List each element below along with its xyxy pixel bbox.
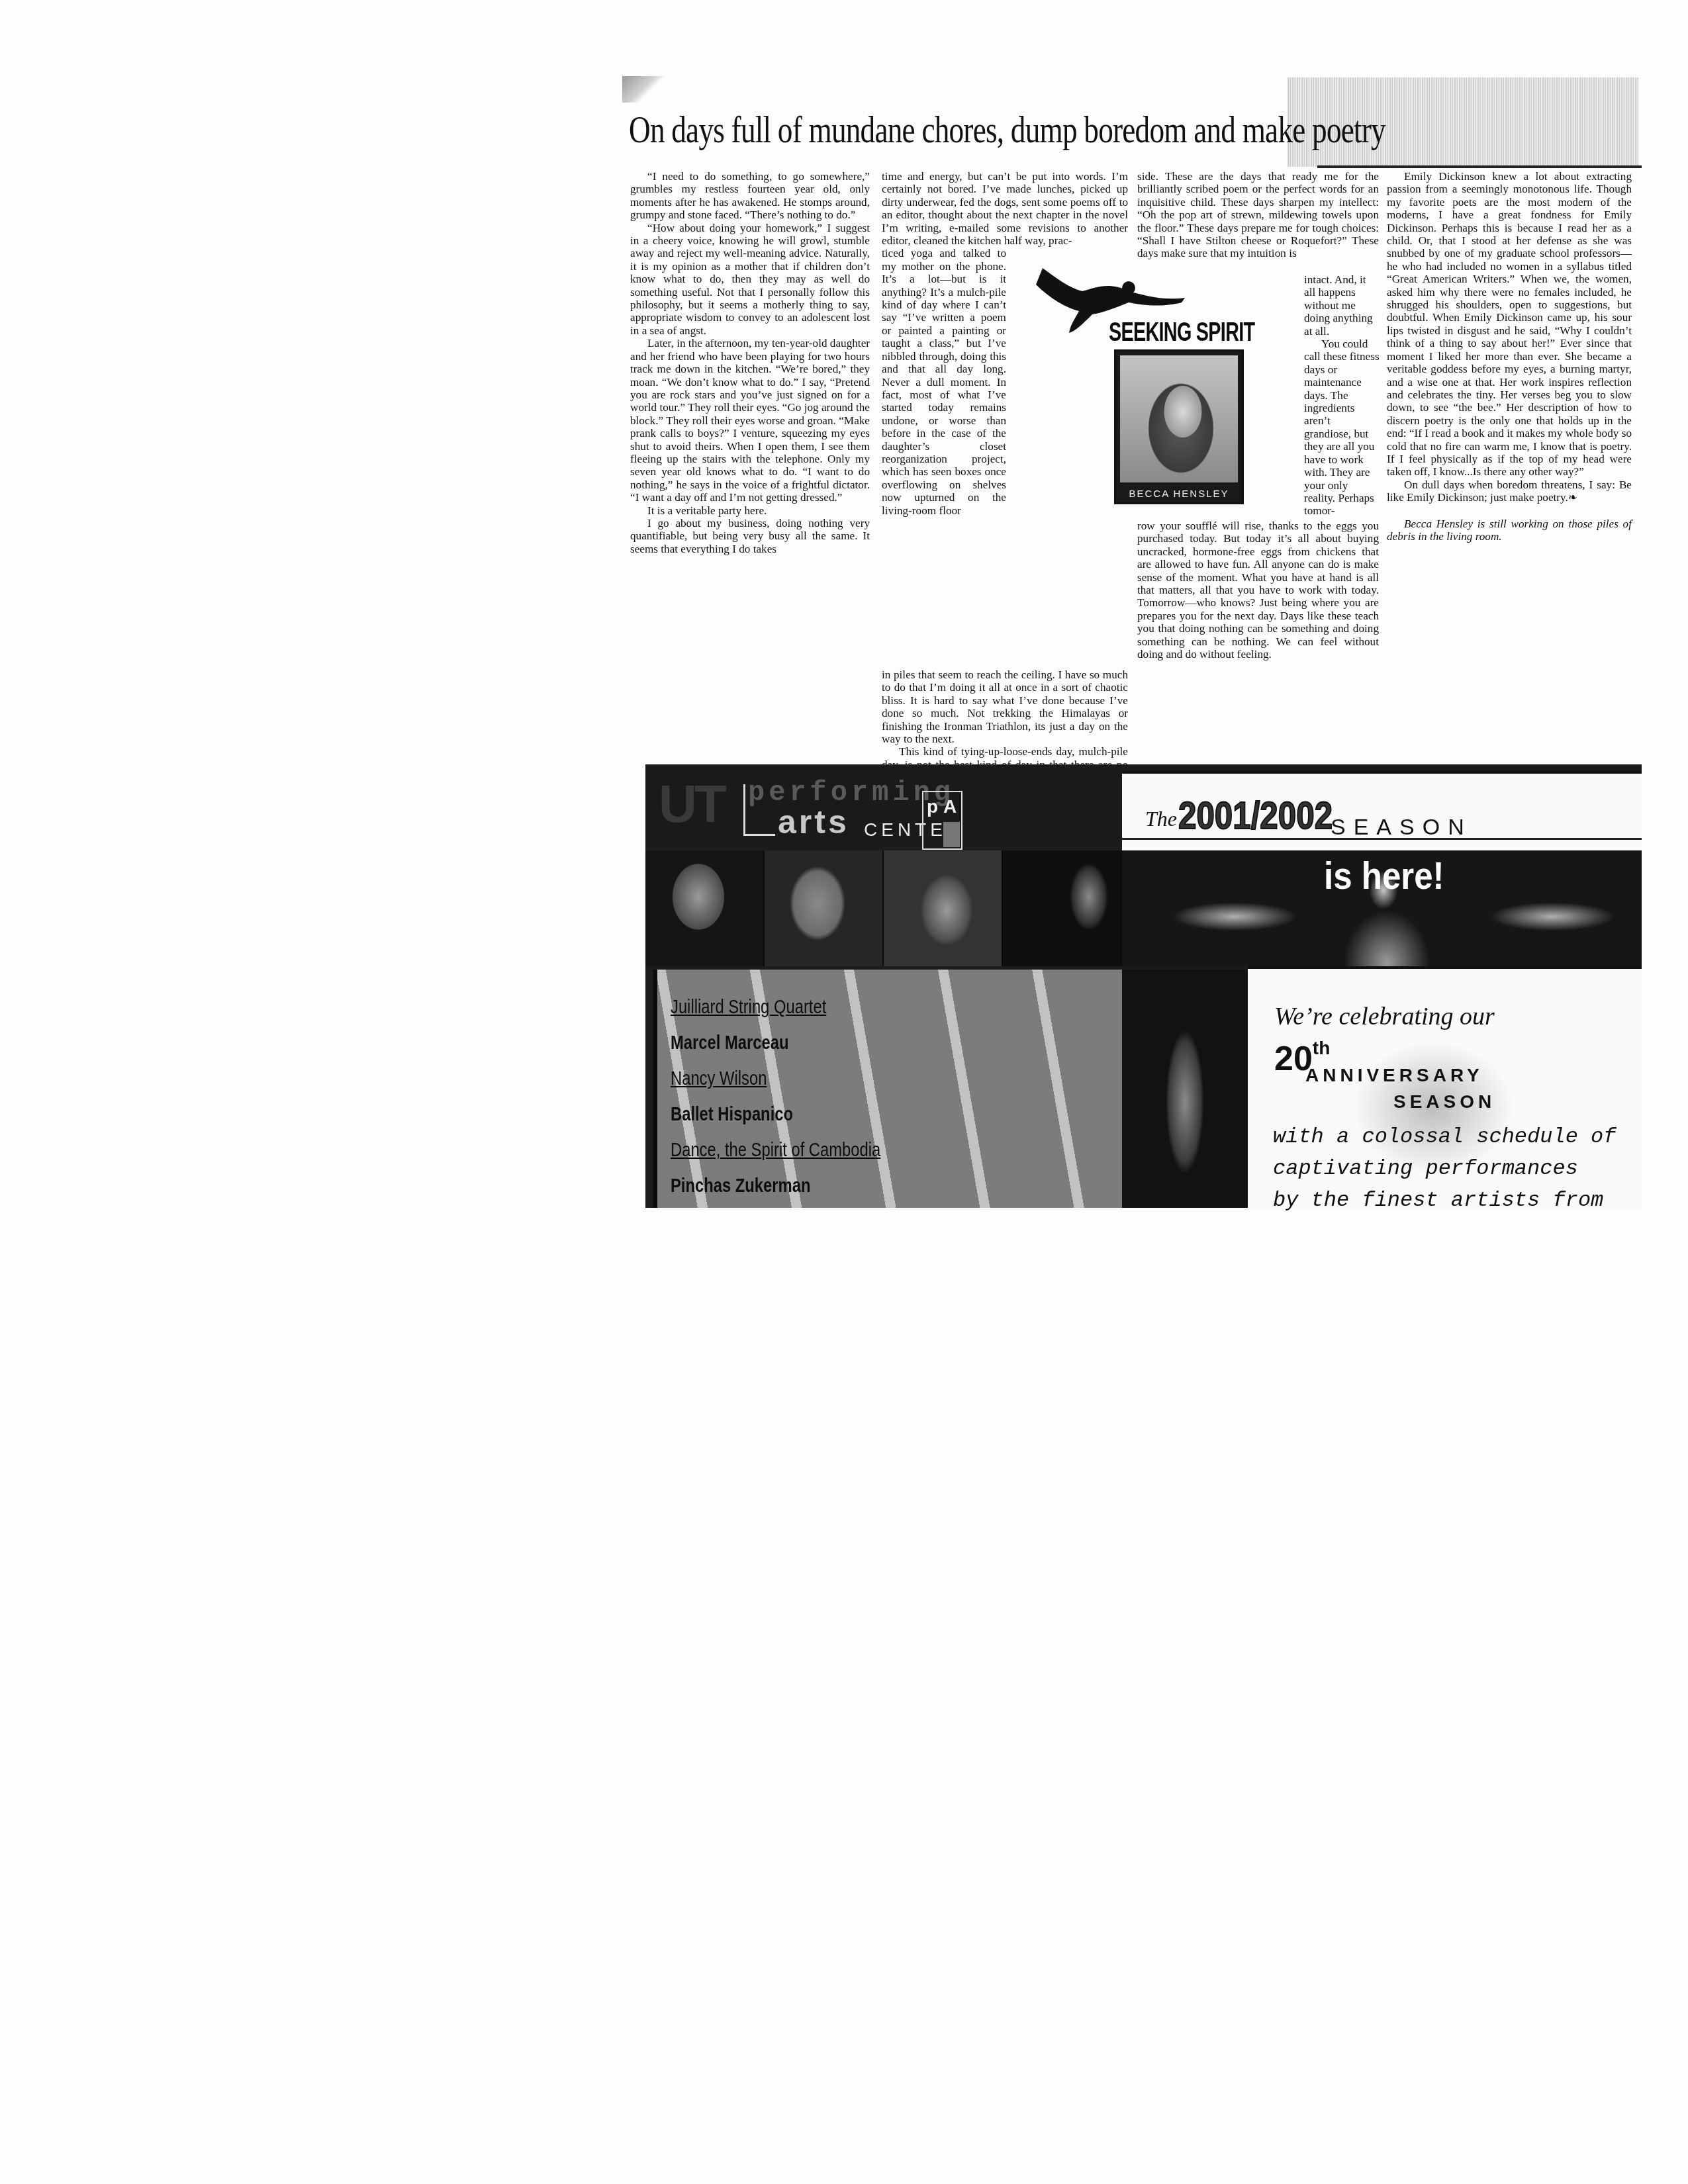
paragraph-wrapped: ticed yoga and talked to my mother on th…: [882, 247, 1006, 517]
paragraph: “How about doing your homework,” I sugge…: [630, 222, 870, 338]
lineup-item: Ballet Hispanico: [671, 1097, 1041, 1132]
pa-logo-icon: p A: [922, 791, 962, 850]
author-bio: Becca Hensley is still working on those …: [1387, 518, 1632, 543]
lineup-item: Dance, the Spirit of Cambodia: [671, 1132, 1041, 1168]
performing-arts-ad: UT performing arts CENTER p A The 2001/2…: [645, 764, 1642, 1208]
logo-mark-a: A: [943, 796, 957, 817]
season-underline: [1122, 838, 1642, 840]
anniversary-season: SEASON: [1393, 1091, 1495, 1113]
lineup-item: Pinchas Zukerman: [671, 1168, 1041, 1204]
article-headline: On days full of mundane chores, dump bor…: [629, 111, 1419, 149]
is-here-text: is here!: [1324, 854, 1444, 898]
season-the: The: [1145, 807, 1177, 831]
season-banner: The 2001/2002 SEASON: [1122, 771, 1642, 854]
performer-photo: [884, 850, 1003, 966]
lineup-item: Marcel Marceau: [671, 1025, 1041, 1061]
column-title: SEEKING SPIRIT: [1109, 318, 1254, 347]
anniversary-word: ANNIVERSARY: [1305, 1065, 1483, 1086]
lineup-item: Nancy Wilson: [671, 1061, 1041, 1097]
author-photo: BECCA HENSLEY: [1114, 349, 1244, 504]
paragraph: On dull days when boredom threatens, I s…: [1387, 478, 1632, 504]
logo-ut: UT: [659, 778, 724, 831]
paragraph: row your soufflé will rise, thanks to th…: [1137, 520, 1379, 660]
celebrating-text: We’re celebrating our: [1274, 1002, 1495, 1031]
paragraph: Emily Dickinson knew a lot about extract…: [1387, 170, 1632, 478]
performer-photo: [765, 850, 884, 966]
performer-lineup: Juilliard String Quartet Marcel Marceau …: [653, 970, 1123, 1208]
stage-performer-photo: [1122, 970, 1248, 1208]
logo-arts: arts: [778, 805, 849, 839]
article-column-4: Emily Dickinson knew a lot about extract…: [1387, 170, 1632, 543]
paragraph: It is a veritable party here.: [630, 504, 870, 517]
paragraph: time and energy, but can’t be put into w…: [882, 170, 1128, 247]
paragraph: Later, in the afternoon, my ten-year-old…: [630, 337, 870, 504]
author-portrait: [1120, 355, 1238, 482]
paragraph: I go about my business, doing nothing ve…: [630, 517, 870, 555]
column-logo: SEEKING SPIRIT BECCA HENSLEY: [1029, 261, 1268, 520]
paragraph: in piles that seem to reach the ceiling.…: [882, 668, 1128, 745]
article-column-3: side. These are the days that ready me f…: [1137, 170, 1379, 260]
newspaper-clipping: On days full of mundane chores, dump bor…: [622, 69, 1642, 1208]
anniversary-suffix: th: [1313, 1038, 1330, 1058]
scan-smudge: [622, 76, 669, 103]
paragraph: You could call these fitness days or mai…: [1304, 338, 1380, 518]
paragraph: side. These are the days that ready me f…: [1137, 170, 1379, 260]
article-column-3-bottom: row your soufflé will rise, thanks to th…: [1137, 520, 1379, 660]
logo-mark-square: [943, 822, 960, 847]
anniversary-box: We’re celebrating our 20th ANNIVERSARY S…: [1248, 966, 1642, 1210]
ad-logo-block: UT performing arts CENTER p A: [645, 764, 1122, 847]
lineup-item: Juilliard String Quartet: [671, 989, 1041, 1025]
performer-photo: [1003, 850, 1122, 966]
performer-photo: [645, 850, 765, 966]
season-word: SEASON: [1331, 815, 1472, 841]
article-column-3-wrapped: intact. And, it all happens without me d…: [1304, 273, 1380, 518]
article-column-1: “I need to do something, to go somewhere…: [630, 170, 870, 555]
performer-photos: [645, 850, 1122, 966]
logo-mark-p: p: [927, 796, 938, 817]
paragraph: “I need to do something, to go somewhere…: [630, 170, 870, 222]
paragraph: intact. And, it all happens without me d…: [1304, 273, 1380, 338]
author-photo-caption: BECCA HENSLEY: [1116, 488, 1242, 500]
ad-tagline: with a colossal schedule of captivating …: [1273, 1121, 1616, 1216]
season-years: 2001/2002: [1178, 794, 1333, 838]
headline-rule: [1317, 165, 1642, 168]
